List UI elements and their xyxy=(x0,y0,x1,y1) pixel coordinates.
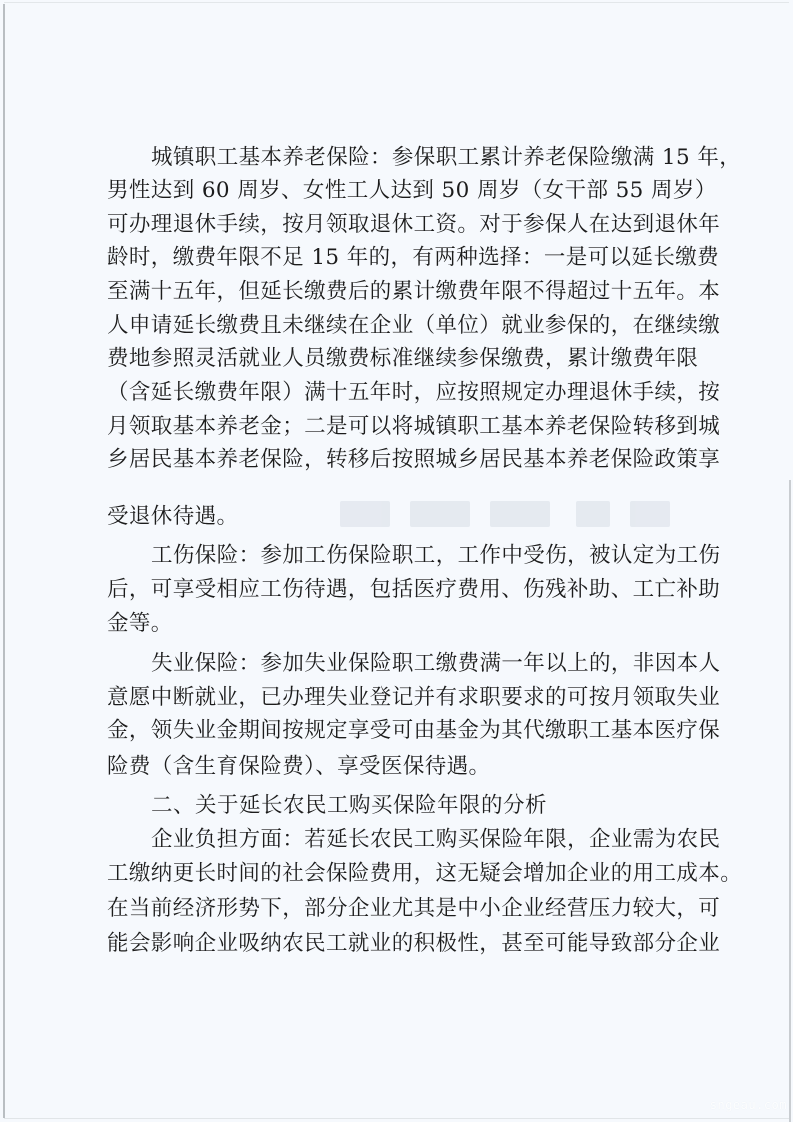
text-line: 金等。 xyxy=(107,607,173,641)
text-line: 受退休待遇。 xyxy=(107,500,238,534)
text-line: 险费（含生育保险费）、享受医保待遇。 xyxy=(107,750,490,784)
text-line: 月领取基本养老金；二是可以将城镇职工基本养老保险转移到城 xyxy=(107,410,697,444)
page-edge-top xyxy=(4,2,789,3)
text-line: 工缴纳更长时间的社会保险费用，这无疑会增加企业的用工成本。 xyxy=(107,857,697,891)
text-line: 可办理退休手续，按月领取退休工资。对于参保人在达到退休年 xyxy=(107,208,697,242)
text-line: 意愿中断就业，已办理失业登记并有求职要求的可按月领取失业 xyxy=(107,681,697,715)
reverse-side-bleed-through xyxy=(340,495,670,535)
text-line: 至满十五年，但延长缴费后的累计缴费年限不得超过十五年。本 xyxy=(107,275,697,309)
text-line: 金，领失业金期间按规定享受可由基金为其代缴职工基本医疗保 xyxy=(107,714,697,748)
text-line: 失业保险：参加失业保险职工缴费满一年以上的，非因本人 xyxy=(151,647,697,681)
text-line: 费地参照灵活就业人员缴费标准继续参保缴费，累计缴费年限 xyxy=(107,342,697,376)
page-edge-right xyxy=(789,480,791,1122)
text-line: 企业负担方面：若延长农民工购买保险年限，企业需为农民 xyxy=(151,823,697,857)
page-edge-bottom xyxy=(4,1118,789,1119)
text-line: 城镇职工基本养老保险：参保职工累计养老保险缴满 15 年， xyxy=(151,141,697,175)
site-watermark: sngeau.com xyxy=(710,1098,787,1112)
text-line: 能会影响企业吸纳农民工就业的积极性，甚至可能导致部分企业 xyxy=(107,927,697,961)
page-edge-left xyxy=(3,4,5,1118)
text-line: 乡居民基本养老保险，转移后按照城乡居民基本养老保险政策享 xyxy=(107,443,697,477)
text-line: 龄时，缴费年限不足 15 年的，有两种选择：一是可以延长缴费 xyxy=(107,241,697,275)
text-line: 人申请延长缴费且未继续在企业（单位）就业参保的，在继续缴 xyxy=(107,309,697,343)
text-line: 男性达到 60 周岁、女性工人达到 50 周岁（女干部 55 周岁） xyxy=(107,174,697,208)
text-line: 后，可享受相应工伤待遇，包括医疗费用、伤残补助、工亡补助 xyxy=(107,573,697,607)
text-line: 工伤保险：参加工伤保险职工，工作中受伤，被认定为工伤 xyxy=(151,539,697,573)
text-line: （含延长缴费年限）满十五年时，应按照规定办理退休手续，按 xyxy=(107,376,697,410)
text-line: 在当前经济形势下，部分企业尤其是中小企业经营压力较大，可 xyxy=(107,892,697,926)
section-heading: 二、关于延长农民工购买保险年限的分析 xyxy=(151,789,547,823)
